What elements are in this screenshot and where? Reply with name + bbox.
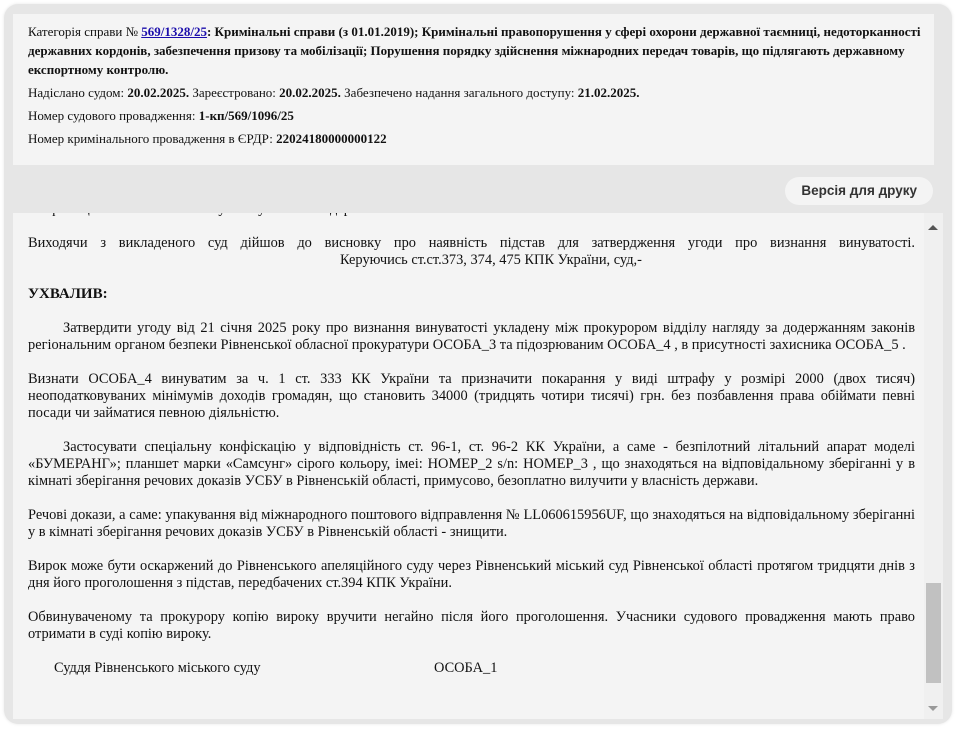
paragraph: Речові докази, а саме: упакування від мі… <box>28 507 915 541</box>
judge-signature: Суддя Рівненського міського суду ОСОБА_1 <box>28 660 915 677</box>
paragraph: Вирок може бути оскаржений до Рівненсько… <box>28 558 915 592</box>
case-metadata-panel: Категорія справи № 569/1328/25: Кримінал… <box>13 14 934 165</box>
judge-name: ОСОБА_1 <box>434 660 497 677</box>
document-viewer[interactable]: конфіскацію та безоплатно вилучити у вла… <box>13 213 943 719</box>
judge-title: Суддя Рівненського міського суду <box>54 660 434 677</box>
paragraph: Затвердити угоду від 21 січня 2025 року … <box>28 320 915 354</box>
case-category: Категорія справи № 569/1328/25: Кримінал… <box>28 22 934 79</box>
document-text: конфіскацію та безоплатно вилучити у вла… <box>28 213 915 677</box>
proceeding-number: 1-кп/569/1096/25 <box>199 108 294 123</box>
scroll-up-arrow-icon[interactable] <box>928 225 938 230</box>
case-frame: Категорія справи № 569/1328/25: Кримінал… <box>4 4 952 724</box>
case-number-link[interactable]: 569/1328/25 <box>141 24 207 39</box>
registered-date: 20.02.2025. <box>279 85 341 100</box>
vertical-scrollbar[interactable] <box>924 213 943 719</box>
document-toolbar: Версія для друку <box>13 165 934 213</box>
paragraph: Обвинуваченому та прокурору копію вироку… <box>28 609 915 643</box>
scroll-down-arrow-icon[interactable] <box>928 706 938 711</box>
case-dates: Надіслано судом: 20.02.2025. Зареєстрова… <box>28 83 934 102</box>
access-date: 21.02.2025. <box>578 85 640 100</box>
paragraph: Застосувати спеціальну конфіскацію у від… <box>28 439 915 490</box>
sent-date: 20.02.2025. <box>127 85 189 100</box>
paragraph: Виходячи з викладеного суд дійшов до вис… <box>28 235 915 269</box>
proceeding-number-row: Номер судового провадження: 1-кп/569/109… <box>28 106 934 125</box>
ruling-heading: УХВАЛИВ: <box>28 286 915 303</box>
scrollbar-thumb[interactable] <box>926 583 941 683</box>
erdr-number: 22024180000000122 <box>276 131 387 146</box>
paragraph: Визнати ОСОБА_4 винуватим за ч. 1 ст. 33… <box>28 371 915 422</box>
print-version-button[interactable]: Версія для друку <box>785 177 933 205</box>
paragraph: конфіскацію та безоплатно вилучити у вла… <box>28 213 915 218</box>
erdr-number-row: Номер кримінального провадження в ЄРДР: … <box>28 129 934 148</box>
